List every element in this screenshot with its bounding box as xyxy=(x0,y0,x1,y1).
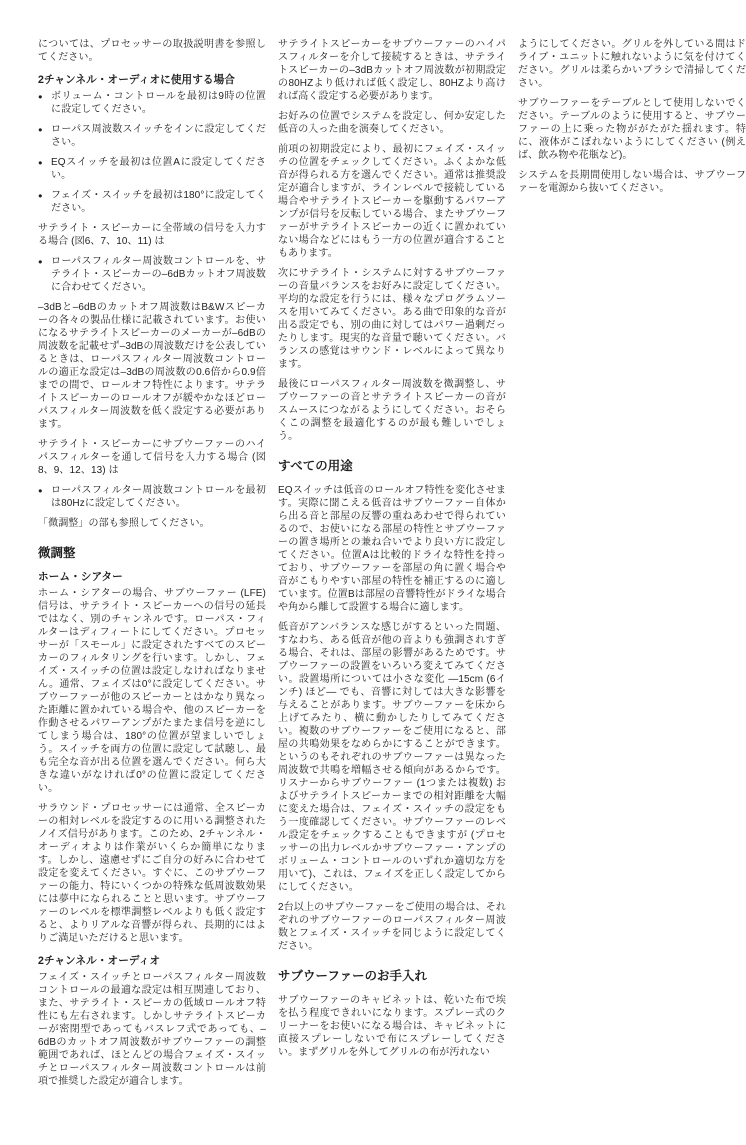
body-paragraph: サブウーファーのキャビネットは、乾いた布で埃を払う程度できれいになります。スプレ… xyxy=(278,994,506,1059)
bullet-icon: ● xyxy=(38,123,51,149)
body-paragraph: 最後にローパスフィルター周波数を微調整し、サブウーファーの音とサテライトスピーカ… xyxy=(278,378,506,443)
bullet-text: ローパス周波数スイッチをインに設定してください。 xyxy=(51,123,266,149)
body-paragraph: サブウーファーをテーブルとして使用しないでください。テーブルのように使用すると、… xyxy=(518,97,746,162)
bullet-item: ●ローパスフィルター周波数コントロールを、サテライト・スピーカーの–6dBカット… xyxy=(38,255,266,294)
section-heading: すべての用途 xyxy=(278,459,506,474)
bullet-icon: ● xyxy=(38,189,51,215)
bullet-item: ●ローパスフィルター周波数コントロールを最初は80Hzに設定してください。 xyxy=(38,484,266,510)
section-heading: 微調整 xyxy=(38,546,266,561)
sub-heading: 2チャンネル・オーディオ xyxy=(38,955,266,968)
body-paragraph: 低音がアンバランスな感じがするといった問題、すなわち、ある低音が他の音よりも強調… xyxy=(278,621,506,894)
body-paragraph: お好みの位置でシステムを設定し、何か安定した低音の入った曲を演奏してください。 xyxy=(278,110,506,136)
column-middle: サテライトスピーカーをサブウーファーのハイパスフィルターを介して接続するときは、… xyxy=(278,38,506,1095)
body-paragraph: サラウンド・プロセッサーには通常、全スピーカーの相対レベルを設定するのに用いる調… xyxy=(38,802,266,945)
bullet-icon: ● xyxy=(38,90,51,116)
bullet-text: ローパスフィルター周波数コントロールを最初は80Hzに設定してください。 xyxy=(51,484,266,510)
body-paragraph: EQスイッチは低音のロールオフ特性を変化させます。実際に聞こえる低音はサブウーフ… xyxy=(278,484,506,614)
bullet-item: ●ボリューム・コントロールを最初は9時の位置に設定してください。 xyxy=(38,90,266,116)
bullet-text: ローパスフィルター周波数コントロールを、サテライト・スピーカーの–6dBカットオ… xyxy=(51,255,266,294)
sub-heading: 2チャンネル・オーディオに使用する場合 xyxy=(38,74,266,87)
body-paragraph: 「微調整」の部も参照してください。 xyxy=(38,517,266,530)
page-content: については、プロセッサーの取扱説明書を参照してください。2チャンネル・オーディオ… xyxy=(38,38,746,1095)
bullet-text: ボリューム・コントロールを最初は9時の位置に設定してください。 xyxy=(51,90,266,116)
body-paragraph: 前項の初期設定により、最初にフェイズ・スイッチの位置をチェックしてください。ふく… xyxy=(278,143,506,260)
bullet-icon: ● xyxy=(38,156,51,182)
body-paragraph: については、プロセッサーの取扱説明書を参照してください。 xyxy=(38,38,266,64)
body-paragraph: ようにしてください。グリルを外している間はドライブ・ユニットに触れないように気を… xyxy=(518,38,746,90)
bullet-item: ●EQスイッチを最初は位置Aに設定してください。 xyxy=(38,156,266,182)
body-paragraph: システムを長期間使用しない場合は、サブウーファーを電源から抜いてください。 xyxy=(518,169,746,195)
bullet-item: ●ローパス周波数スイッチをインに設定してください。 xyxy=(38,123,266,149)
manual-page: については、プロセッサーの取扱説明書を参照してください。2チャンネル・オーディオ… xyxy=(0,0,746,1145)
sub-heading: ホーム・シアター xyxy=(38,571,266,584)
bullet-item: ●フェイズ・スイッチを最初は180°に設定してください。 xyxy=(38,189,266,215)
body-paragraph: サテライトスピーカーをサブウーファーのハイパスフィルターを介して接続するときは、… xyxy=(278,38,506,103)
body-paragraph: 2台以上のサブウーファーをご使用の場合は、それぞれのサブウーファーのローパスフィ… xyxy=(278,901,506,953)
body-paragraph: サテライト・スピーカーに全帯域の信号を入力する場合 (図6、7、10、11) は xyxy=(38,222,266,248)
body-paragraph: ホーム・シアターの場合、サブウーファー (LFE) 信号は、サテライト・スピーカ… xyxy=(38,587,266,795)
column-left: については、プロセッサーの取扱説明書を参照してください。2チャンネル・オーディオ… xyxy=(38,38,266,1095)
section-heading: サブウーファーのお手入れ xyxy=(278,969,506,984)
bullet-icon: ● xyxy=(38,484,51,510)
body-paragraph: フェイズ・スイッチとローパスフィルター周波数コントロールの最適な設定は相互関連し… xyxy=(38,971,266,1088)
body-paragraph: サテライト・スピーカーにサブウーファーのハイパスフィルターを通して信号を入力する… xyxy=(38,438,266,477)
bullet-text: EQスイッチを最初は位置Aに設定してください。 xyxy=(51,156,266,182)
bullet-icon: ● xyxy=(38,255,51,294)
body-paragraph: 次にサテライト・システムに対するサブウーファーの音量バランスをお好みに設定してく… xyxy=(278,267,506,371)
body-paragraph: –3dBと–6dBのカットオフ周波数はB&Wスピーカーの各々の製品仕様に記載され… xyxy=(38,301,266,431)
bullet-text: フェイズ・スイッチを最初は180°に設定してください。 xyxy=(51,189,266,215)
column-right: ようにしてください。グリルを外している間はドライブ・ユニットに触れないように気を… xyxy=(518,38,746,1095)
